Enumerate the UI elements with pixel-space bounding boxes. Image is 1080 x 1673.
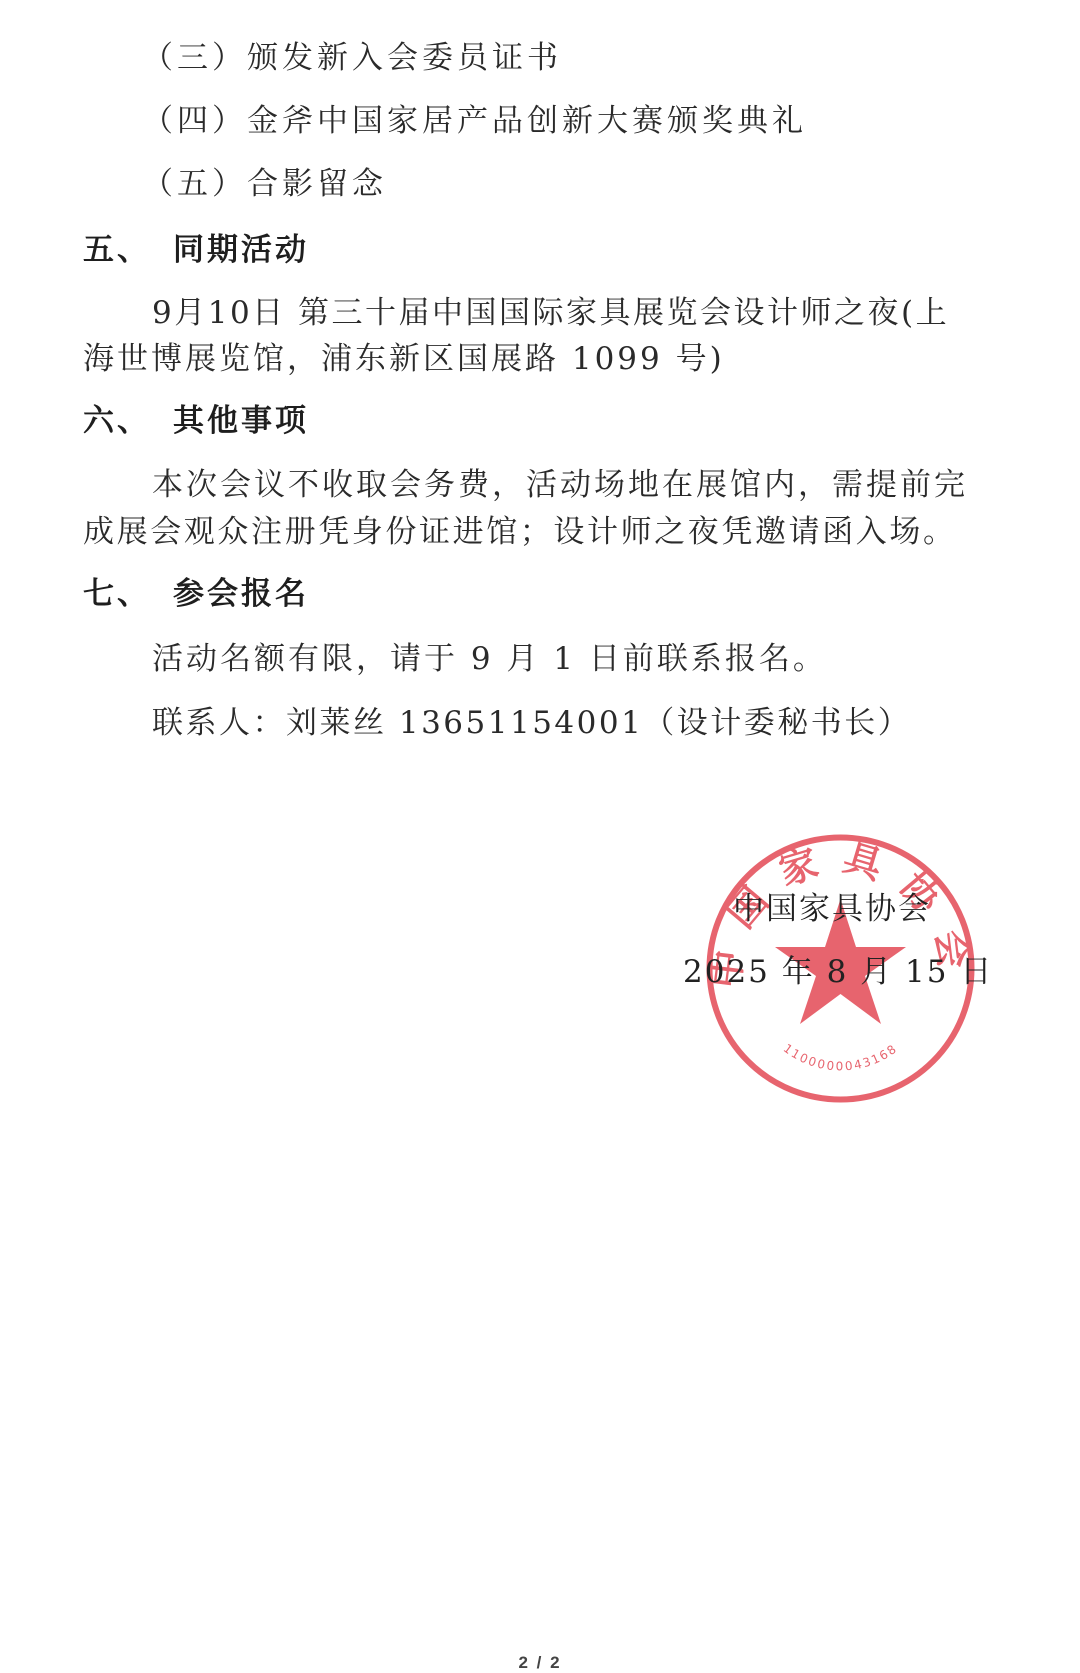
section-heading: 六、其他事项	[83, 401, 309, 441]
section-heading: 七、参会报名	[83, 574, 309, 614]
contact-line: 联系人：刘莱丝 13651154001（设计委秘书长）	[152, 703, 911, 743]
section-title: 同期活动	[173, 232, 309, 268]
section-number: 七、	[83, 574, 173, 614]
svg-text:1100000043168: 1100000043168	[781, 1041, 901, 1073]
section-title: 参会报名	[173, 576, 309, 612]
signing-organization: 中国家具协会	[733, 889, 931, 929]
paragraph-line: 海世博展览馆，浦东新区国展路 1099 号)	[83, 339, 725, 379]
paragraph-line: 本次会议不收取会务费，活动场地在展馆内，需提前完	[152, 465, 968, 505]
agenda-item: （五）合影留念	[142, 164, 387, 204]
section-title: 其他事项	[173, 403, 309, 439]
paragraph-line: 活动名额有限，请于 9 月 1 日前联系报名。	[152, 639, 827, 679]
paragraph-line: 成展会观众注册凭身份证进馆；设计师之夜凭邀请函入场。	[83, 512, 957, 552]
signing-date: 2025 年 8 月 15 日	[683, 952, 993, 992]
section-number: 六、	[83, 401, 173, 441]
agenda-item: （三）颁发新入会委员证书	[142, 38, 562, 78]
section-heading: 五、同期活动	[83, 230, 309, 270]
agenda-item: （四）金斧中国家居产品创新大赛颁奖典礼	[142, 101, 807, 141]
paragraph-line: 9月10日 第三十届中国国际家具展览会设计师之夜(上	[152, 293, 949, 333]
page-indicator: 2 / 2	[0, 1653, 1080, 1673]
section-number: 五、	[83, 230, 173, 270]
